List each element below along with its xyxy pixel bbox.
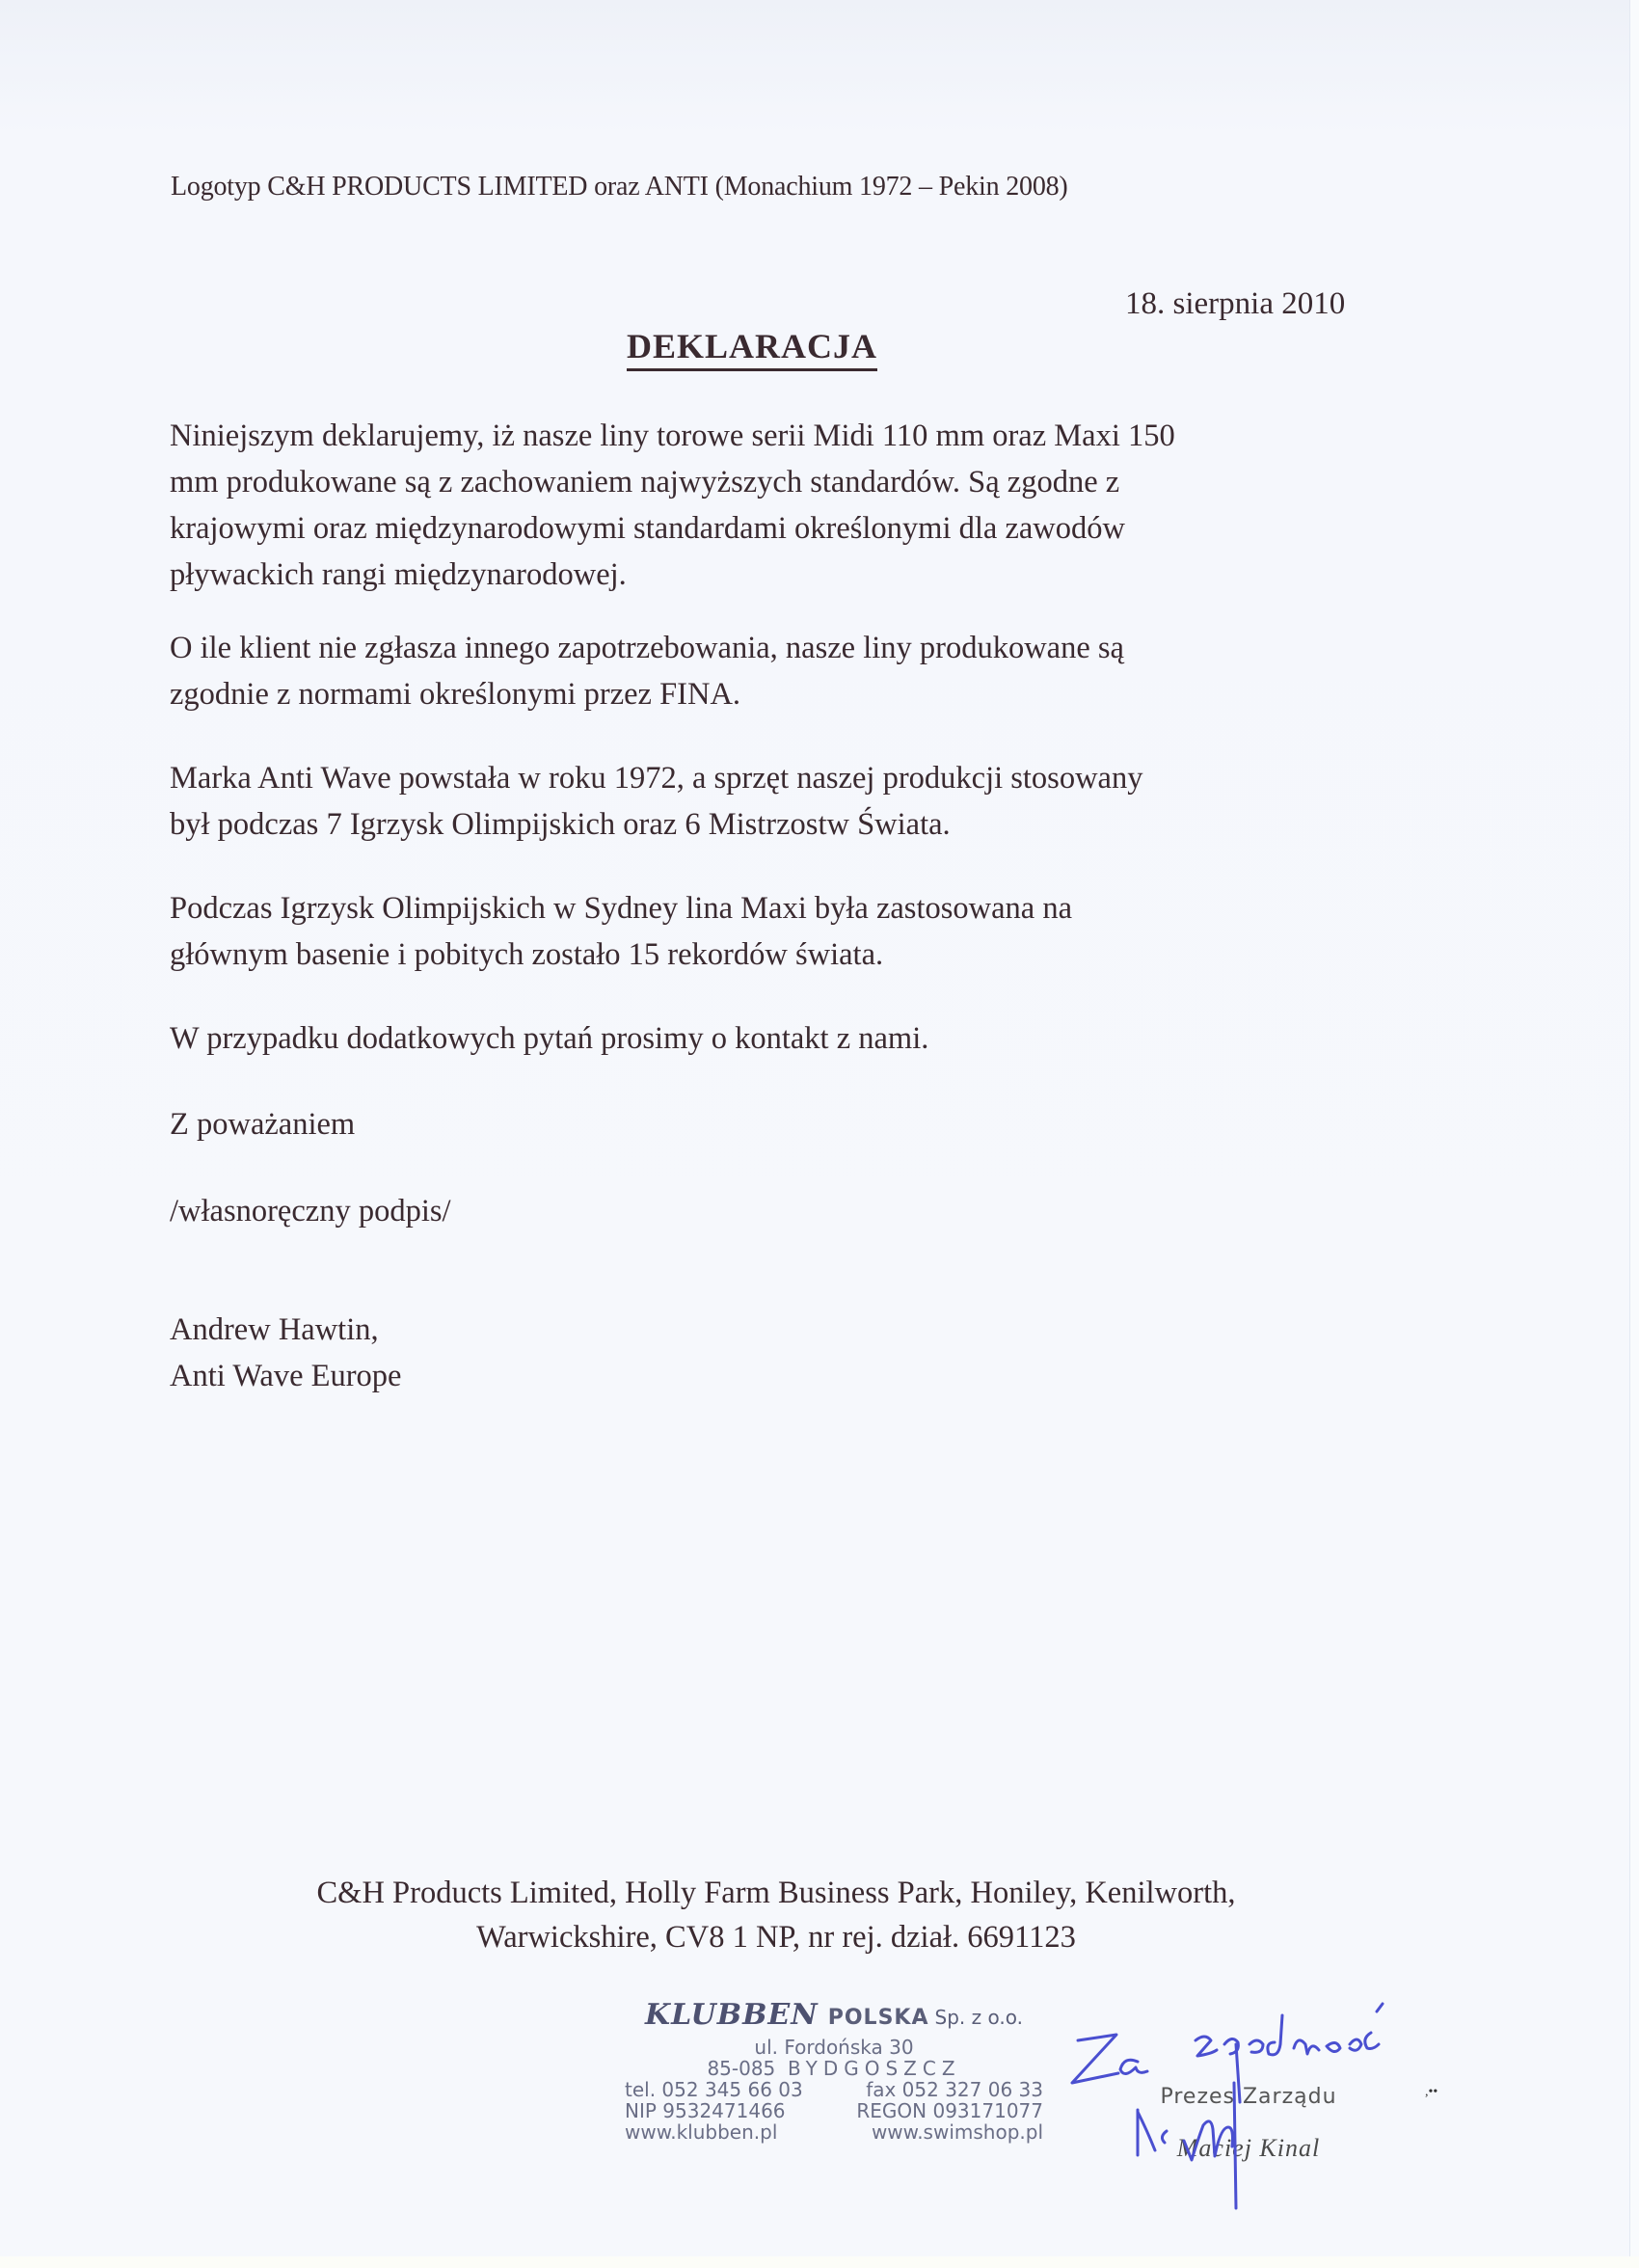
text-line: Podczas Igrzysk Olimpijskich w Sydney li… [170,885,1072,931]
text-line: Marka Anti Wave powstała w roku 1972, a … [170,755,1142,801]
stamp-brand: KLUBBEN [645,1998,819,2032]
stamp-nip: NIP 9532471466 [625,2100,786,2121]
signer-name: Andrew Hawtin, [170,1307,401,1353]
stamp-polska: POLSKA [828,2006,929,2030]
text-line: zgodnie z normami określonymi przez FINA… [170,671,1124,717]
paragraph-fina: O ile klient nie zgłasza innego zapotrze… [170,625,1124,717]
paragraph-sydney: Podczas Igrzysk Olimpijskich w Sydney li… [170,885,1072,978]
handwritten-signature-icon [1061,1986,1408,2218]
company-stamp: KLUBBENPOLSKASp. z o.o. ul. Fordońska 30… [617,1998,1051,2143]
stamp-heading: KLUBBENPOLSKASp. z o.o. [617,1998,1051,2037]
signature-note: /własnoręczny podpis/ [170,1188,451,1234]
stamp-tel: tel. 052 345 66 03 [625,2079,803,2100]
paragraph-contact: W przypadku dodatkowych pytań prosimy o … [170,1015,928,1062]
text-line: krajowymi oraz międzynarodowymi standard… [170,505,1175,552]
signer-company: Anti Wave Europe [170,1353,401,1399]
stamp-fax: fax 052 327 06 33 [866,2079,1043,2100]
footer-address-line: C&H Products Limited, Holly Farm Busines… [0,1871,1552,1915]
text-line: był podczas 7 Igrzysk Olimpijskich oraz … [170,801,1142,848]
stamp-city-line: 85-085 BYDGOSZCZ [617,2058,1051,2079]
stamp-street: ul. Fordońska 30 [617,2037,1051,2058]
footer-address-line: Warwickshire, CV8 1 NP, nr rej. dział. 6… [0,1915,1552,1959]
stamp-regon: REGON 093171077 [856,2100,1043,2121]
stamp-website-klubben: www.klubben.pl [625,2121,777,2143]
text-line: W przypadku dodatkowych pytań prosimy o … [170,1015,928,1062]
text-line: O ile klient nie zgłasza innego zapotrze… [170,625,1124,671]
paragraph-standards: Niniejszym deklarujemy, iż nasze liny to… [170,413,1175,598]
stamp-phone-line: tel. 052 345 66 03 fax 052 327 06 33 [617,2079,1051,2100]
stamp-legal-form: Sp. z o.o. [935,2006,1023,2029]
scan-artifact-marks: ,•• [1425,2085,1437,2100]
stamp-postcode: 85-085 [707,2057,775,2080]
scan-edge-bottom [0,2256,1639,2268]
header-logo-note: Logotyp C&H PRODUCTS LIMITED oraz ANTI (… [171,172,1068,202]
text-line: mm produkowane są z zachowaniem najwyższ… [170,459,1175,505]
stamp-websites-line: www.klubben.pl www.swimshop.pl [617,2121,1051,2143]
stamp-city: BYDGOSZCZ [788,2057,961,2080]
document-date: 18. sierpnia 2010 [1125,286,1345,322]
stamp-website-swimshop: www.swimshop.pl [872,2121,1043,2143]
signer-block: Andrew Hawtin, Anti Wave Europe [170,1307,401,1399]
paragraph-brand-history: Marka Anti Wave powstała w roku 1972, a … [170,755,1142,848]
text-line: głównym basenie i pobitych zostało 15 re… [170,931,1072,978]
stamp-ids-line: NIP 9532471466 REGON 093171077 [617,2100,1051,2121]
text-line: Niniejszym deklarujemy, iż nasze liny to… [170,413,1175,459]
closing-salutation: Z poważaniem [170,1101,355,1147]
scan-edge-right [1629,0,1639,2268]
text-line: pływackich rangi międzynarodowej. [170,552,1175,598]
footer-address: C&H Products Limited, Holly Farm Busines… [0,1871,1552,1959]
document-title: DEKLARACJA [627,326,877,371]
